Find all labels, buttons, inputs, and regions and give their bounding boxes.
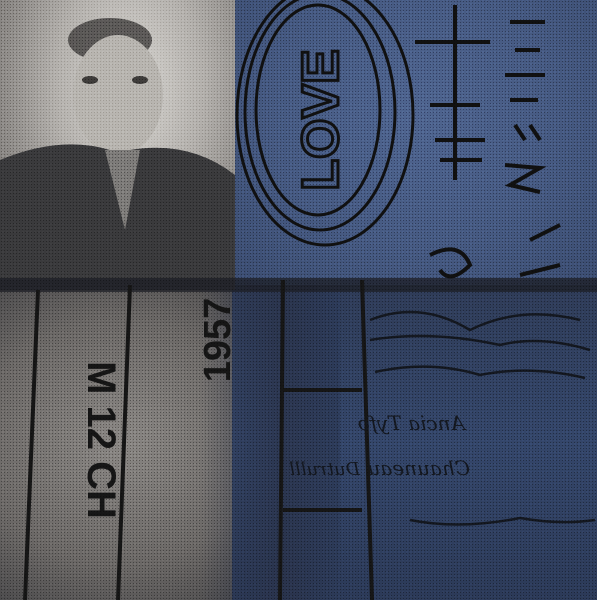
- grain-texture: [0, 0, 597, 600]
- artwork-canvas: LOVE M 12 CH: [0, 0, 597, 600]
